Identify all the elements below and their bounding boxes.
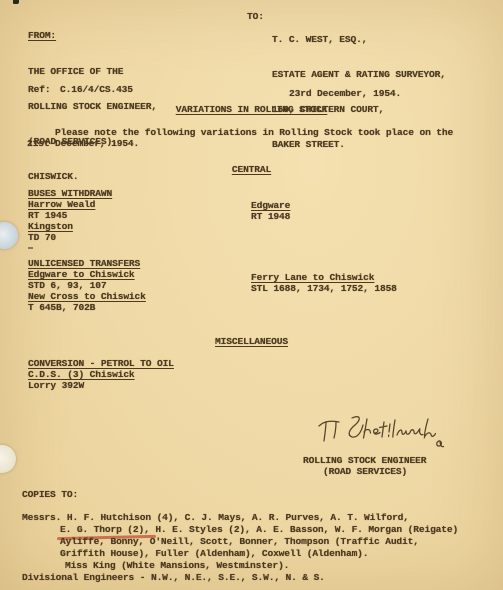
to-address-block: T. C. WEST, ESQ., ESTATE AGENT & RATING … [272, 11, 446, 162]
from-line: THE OFFICE OF THE [28, 66, 157, 78]
to-label: TO: [247, 11, 264, 23]
signature-scrawl [316, 410, 451, 452]
miscellaneous-heading-text: MISCELLANEOUS [215, 336, 288, 347]
conversion-stock: Lorry 392W [28, 380, 84, 392]
to-line: T. C. WEST, ESQ., [272, 34, 446, 46]
to-line: ESTATE AGENT & RATING SURVEYOR, [272, 69, 446, 81]
intro-line-1: Please note the following variations in … [55, 127, 453, 139]
conversion-heading: CONVERSION - PETROL TO OIL [28, 358, 174, 370]
buses-withdrawn-heading: BUSES WITHDRAWN [28, 188, 112, 200]
transfer-route: New Cross to Chiswick [28, 291, 146, 303]
document-title-text: VARIATIONS IN ROLLING STOCK [176, 104, 327, 115]
to-line: BAKER STREET. [272, 139, 446, 151]
ref-number: C.16/4/CS.435 [60, 84, 133, 96]
copies-line: Ayliffe, Bonny, O'Neill, Scott, Bonner, … [60, 536, 419, 548]
red-underlined-name: E. G. Thorp (2), [60, 524, 150, 536]
withdrawn-stock: RT 1945 [28, 210, 67, 222]
copies-to-label: COPIES TO: [22, 489, 78, 501]
intro-line-2: 21st December, 1954. [27, 138, 139, 150]
document-title: VARIATIONS IN ROLLING STOCK [0, 104, 503, 116]
copies-line: E. G. Thorp (2), H. E. Styles (2), A. E.… [60, 524, 458, 536]
scan-edge-mark [13, 0, 19, 4]
date-line: 23rd December, 1954. [289, 88, 401, 100]
withdrawn-place: Edgware [251, 200, 290, 212]
transfer-route: Ferry Lane to Chiswick [251, 272, 374, 284]
conversion-site: C.D.S. (3) Chiswick [28, 369, 135, 381]
copies-line-rest: H. E. Styles (2), A. E. Basson, W. F. Mo… [150, 524, 458, 535]
section-heading-central: CENTRAL [0, 164, 503, 176]
transfer-stock: STL 1688, 1734, 1752, 1858 [251, 283, 397, 295]
unlicensed-transfers-heading: UNLICENSED TRANSFERS [28, 258, 140, 270]
stray-pen-dash [28, 247, 33, 249]
copies-line: Miss King (White Mansions, Westminster). [65, 560, 289, 572]
from-label: FROM: [28, 30, 157, 42]
transfer-route: Edgware to Chiswick [28, 269, 135, 281]
signatory-title: ROLLING STOCK ENGINEER [303, 455, 426, 467]
ref-label: Ref: [28, 84, 50, 96]
withdrawn-place: Kingston [28, 221, 73, 233]
central-heading-text: CENTRAL [232, 164, 271, 175]
copies-line: Messrs. H. F. Hutchison (4), C. J. Mays,… [22, 512, 409, 524]
transfer-stock: STD 6, 93, 107 [28, 280, 107, 292]
copies-line: Griffith House), Fuller (Aldenham), Coxw… [60, 548, 368, 560]
section-heading-miscellaneous: MISCELLANEOUS [0, 336, 503, 348]
withdrawn-stock: RT 1948 [251, 211, 290, 223]
copies-line: Divisional Engineers - N.W., N.E., S.E.,… [22, 572, 325, 584]
signatory-department: (ROAD SERVICES) [323, 466, 407, 478]
withdrawn-stock: TD 70 [28, 232, 56, 244]
transfer-stock: T 645B, 702B [28, 302, 95, 314]
withdrawn-place: Harrow Weald [28, 199, 95, 211]
